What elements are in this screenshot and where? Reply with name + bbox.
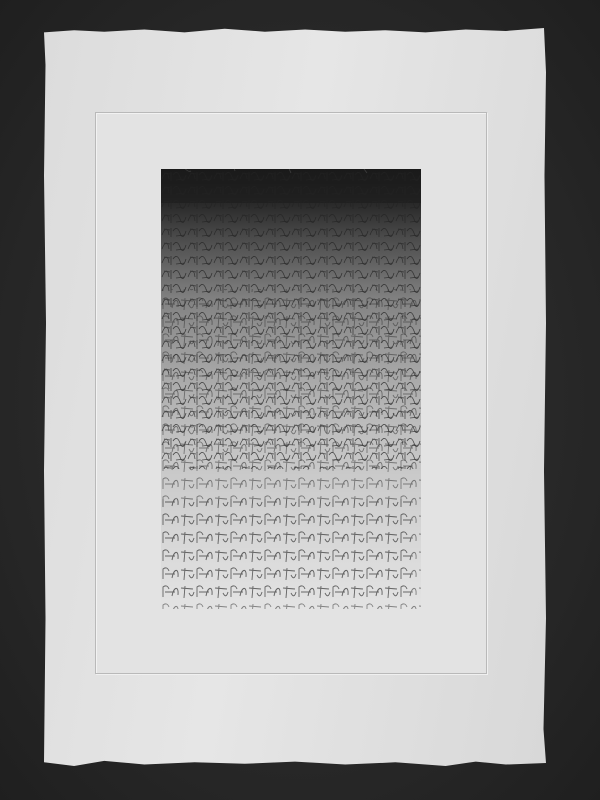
paper-sheet <box>44 28 546 766</box>
plate-mark <box>95 112 487 674</box>
calligraphy-ink-block <box>161 169 421 609</box>
calligraphy-strokes <box>161 169 421 609</box>
